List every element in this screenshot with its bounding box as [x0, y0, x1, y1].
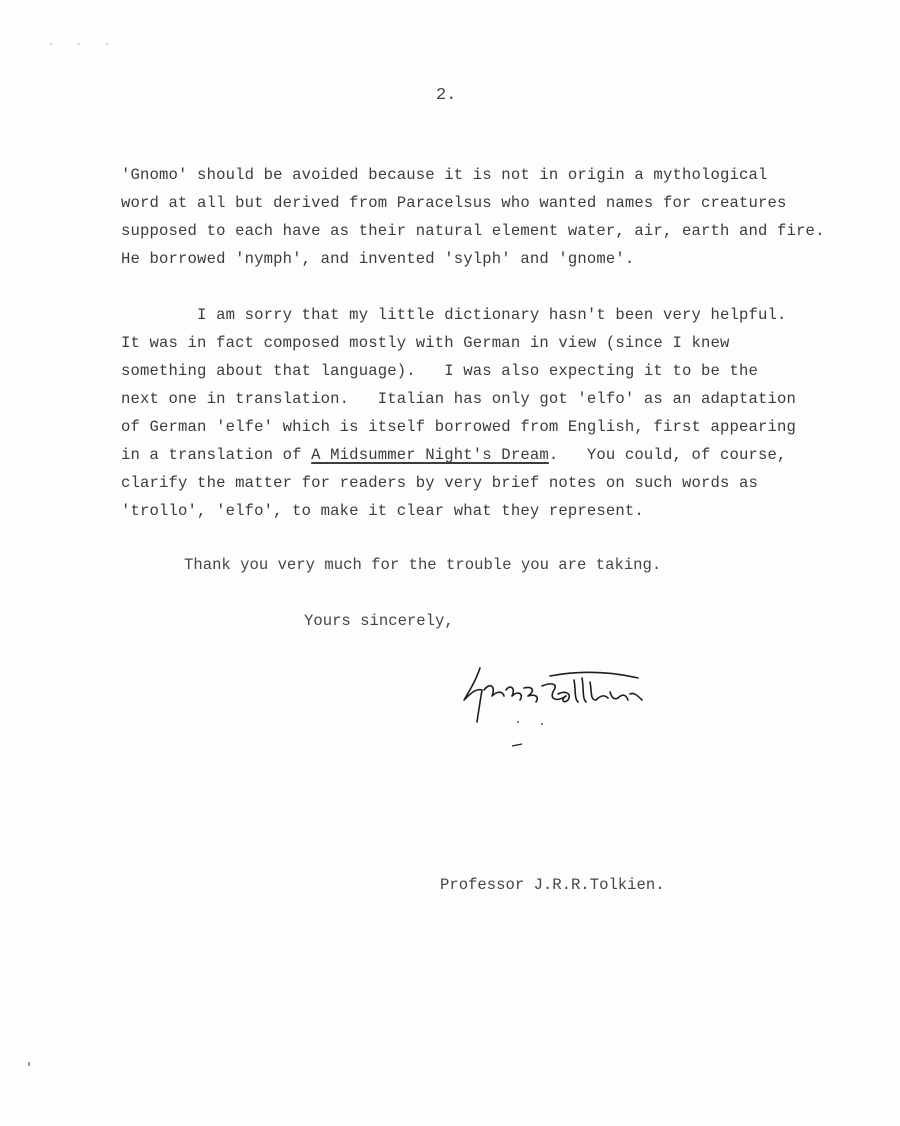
signatory-name: Professor J.R.R.Tolkien.	[440, 876, 665, 894]
letter-page: - - - 2. 'Gnomo' should be avoided becau…	[0, 0, 900, 1126]
line-text: in a translation of	[121, 446, 311, 464]
paragraph1-line: supposed to each have as their natural e…	[121, 222, 825, 240]
paragraph1-line: word at all but derived from Paracelsus …	[121, 194, 787, 212]
thanks-line: Thank you very much for the trouble you …	[184, 556, 661, 574]
closing: Yours sincerely,	[304, 612, 454, 630]
paragraph2-line: of German 'elfe' which is itself borrowe…	[121, 418, 796, 436]
paper-mark	[28, 1062, 30, 1066]
signature	[462, 660, 682, 750]
paragraph2-line: in a translation of A Midsummer Night's …	[121, 446, 787, 464]
paragraph1-line: 'Gnomo' should be avoided because it is …	[121, 166, 768, 184]
paragraph2-line: next one in translation. Italian has onl…	[121, 390, 796, 408]
paragraph2-line: It was in fact composed mostly with Germ…	[121, 334, 730, 352]
paragraph1-line: He borrowed 'nymph', and invented 'sylph…	[121, 250, 634, 268]
paragraph2-line: clarify the matter for readers by very b…	[121, 474, 758, 492]
paper-marks: - - -	[48, 40, 118, 51]
paragraph2-line: 'trollo', 'elfo', to make it clear what …	[121, 502, 644, 520]
line-text: . You could, of course,	[549, 446, 787, 464]
book-title: A Midsummer Night's Dream	[311, 446, 549, 464]
paragraph2-line: I am sorry that my little dictionary has…	[121, 306, 787, 324]
paragraph2-line: something about that language). I was al…	[121, 362, 758, 380]
page-number: 2.	[436, 86, 456, 105]
